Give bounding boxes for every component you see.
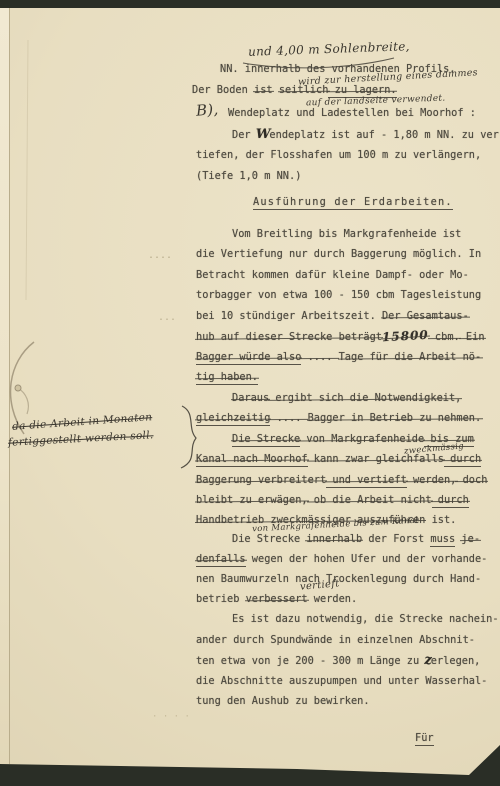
scan-artifact: .... — [148, 250, 172, 261]
typed-segment: Der — [232, 129, 257, 142]
typed-segment: Die Strecke — [232, 533, 306, 546]
typed-segment: Kanal nach Moorhof — [196, 453, 308, 466]
typed-segment: Bagger in Betrieb zu nehmen. — [308, 412, 482, 425]
typed-segment: Die Strecke — [232, 433, 300, 446]
typed-line: Die Strecke innerhalb der Forst muss je- — [232, 533, 480, 546]
typed-segment: .... — [301, 351, 338, 364]
typed-line: tung den Aushub zu bewirken. — [196, 695, 370, 708]
typed-segment: muss — [430, 533, 455, 546]
typed-segment: Baggerung verbreitert — [196, 474, 326, 487]
typed-line: die Vertiefung nur durch Baggerung mögli… — [196, 248, 481, 261]
typed-segment: betrieb — [196, 593, 246, 606]
typed-line: bei 10 stündiger Arbeitszeit. Der Gesamt… — [196, 310, 469, 323]
typed-line: tig haben. — [196, 371, 258, 384]
typed-segment: ergibt sich die Notwendigkeit, — [269, 392, 461, 405]
typed-line: hub auf dieser Strecke beträgt15800 cbm.… — [196, 330, 485, 344]
typed-segment: Es ist dazu notwendig, die Strecke nache… — [232, 613, 499, 626]
typed-line: Baggerung verbreitert und vertieft werde… — [196, 474, 487, 487]
typed-segment: ten etwa von je 200 - 300 m Länge zu — [196, 655, 425, 668]
typed-line: betrieb verbessert werden. — [196, 593, 357, 606]
typed-segment: wegen der hohen Ufer und der vorhande- — [246, 553, 488, 566]
typed-segment: Der Boden — [192, 84, 254, 97]
typed-line: tiefen, der Flosshafen um 100 m zu verlä… — [196, 149, 481, 162]
typed-line: Bagger würde also .... Tage für die Arbe… — [196, 351, 481, 364]
scanned-document-page: NN. innerhalb des vorhandenen Profils.De… — [0, 0, 500, 786]
typed-line: denfalls wegen der hohen Ufer und der vo… — [196, 553, 487, 566]
handwritten-note-section-mark: B), — [195, 100, 219, 120]
typed-segment: Der Gesamtaus- — [382, 310, 469, 323]
typed-segment: ist — [254, 84, 273, 97]
typed-segment: Bagger würde also — [196, 351, 301, 364]
typed-segment: die Vertiefung nur durch Baggerung mögli… — [196, 248, 481, 261]
typed-segment: doch — [456, 474, 487, 487]
typed-line: Der Boden ist seitlich zu lagern. — [192, 84, 397, 97]
typed-segment: Ausführung der Erdarbeiten. — [253, 196, 453, 209]
typed-segment: der Forst — [362, 533, 430, 546]
typed-segment: cbm. — [429, 331, 460, 344]
typed-segment: Tage für die Arbeit nö- — [339, 351, 482, 364]
typed-line: gleichzeitig .... Bagger in Betrieb zu n… — [196, 412, 481, 425]
typed-segment: bleibt zu erwägen, — [196, 494, 308, 507]
typed-segment: kann zwar gleichfalls — [308, 453, 444, 466]
typed-segment: und vertieft — [326, 474, 407, 487]
typed-line: Betracht kommen dafür kleine Dampf- oder… — [196, 269, 469, 282]
typed-segment: Für — [415, 732, 434, 745]
typed-segment: Ein — [460, 331, 485, 344]
typed-segment: von Markgrafenheide — [300, 433, 424, 446]
typed-line: Daraus ergibt sich die Notwendigkeit, — [232, 392, 461, 405]
typed-segment: tung den Aushub zu bewirken. — [196, 695, 370, 708]
typed-segment: innerhalb — [306, 533, 362, 546]
typed-line: Kanal nach Moorhof kann zwar gleichfalls… — [196, 453, 481, 466]
typed-segment: verbessert — [246, 593, 308, 606]
typed-line: Ausführung der Erdarbeiten. — [253, 196, 453, 209]
typed-segment: Betracht kommen dafür kleine Dampf- oder… — [196, 269, 469, 282]
typed-segment: torbagger von etwa 100 - 150 cbm Tagesle… — [196, 289, 481, 302]
typed-line: ten etwa von je 200 - 300 m Länge zu zer… — [196, 654, 480, 668]
typed-line: (Tiefe 1,0 m NN.) — [196, 170, 301, 183]
typed-line: die Abschnitte auszupumpen und unter Was… — [196, 675, 487, 688]
typed-segment: tig haben. — [196, 371, 258, 384]
typed-segment: hub auf dieser Strecke beträgt — [196, 331, 382, 344]
typed-segment: durch — [444, 453, 481, 466]
typed-line: Wendeplatz und Ladestellen bei Moorhof : — [228, 107, 476, 120]
typed-segment: Vom Breitling bis Markgrafenheide ist — [232, 228, 461, 241]
typed-line: ander durch Spundwände in einzelnen Absc… — [196, 634, 475, 647]
scan-artifact: · · · · — [152, 712, 190, 722]
typed-line: torbagger von etwa 100 - 150 cbm Tagesle… — [196, 289, 481, 302]
typed-segment: Daraus — [232, 392, 269, 405]
typed-segment: (Tiefe 1,0 m NN.) — [196, 170, 301, 183]
binding-page-edge — [0, 8, 10, 764]
typed-segment: ob die Arbeit nicht — [308, 494, 432, 507]
typed-line: Der Wendeplatz ist auf - 1,80 m NN. zu v… — [232, 128, 500, 142]
typed-segment: werden, — [407, 474, 457, 487]
typed-segment: endeplatz ist auf - 1,80 m NN. zu ver- — [269, 129, 500, 142]
typed-segment: erlegen, — [431, 655, 481, 668]
typed-line: Für — [415, 732, 434, 745]
typed-segment: je- — [461, 533, 480, 546]
typed-segment: .... — [270, 412, 307, 425]
typed-segment: werden. — [308, 593, 358, 606]
typed-segment: ist. — [425, 514, 456, 527]
scan-artifact: ... — [158, 312, 176, 323]
typed-segment: gleichzeitig — [196, 412, 270, 425]
typed-line: Vom Breitling bis Markgrafenheide ist — [232, 228, 461, 241]
typed-segment: die Abschnitte auszupumpen und unter Was… — [196, 675, 487, 688]
typed-segment: durch — [432, 494, 469, 507]
typed-line: Es ist dazu notwendig, die Strecke nache… — [232, 613, 499, 626]
typed-line: bleibt zu erwägen, ob die Arbeit nicht d… — [196, 494, 469, 507]
handwritten-text: B), — [195, 100, 219, 120]
typed-segment: ander durch Spundwände in einzelnen Absc… — [196, 634, 475, 647]
typed-segment: tiefen, der Flosshafen um 100 m zu verlä… — [196, 149, 481, 162]
typed-segment: denfalls — [196, 553, 246, 566]
handwritten-overwrite: 15800 — [382, 329, 429, 344]
typed-segment: bei 10 stündiger Arbeitszeit. — [196, 310, 382, 323]
typed-segment: Wendeplatz und Ladestellen bei Moorhof : — [228, 107, 476, 120]
